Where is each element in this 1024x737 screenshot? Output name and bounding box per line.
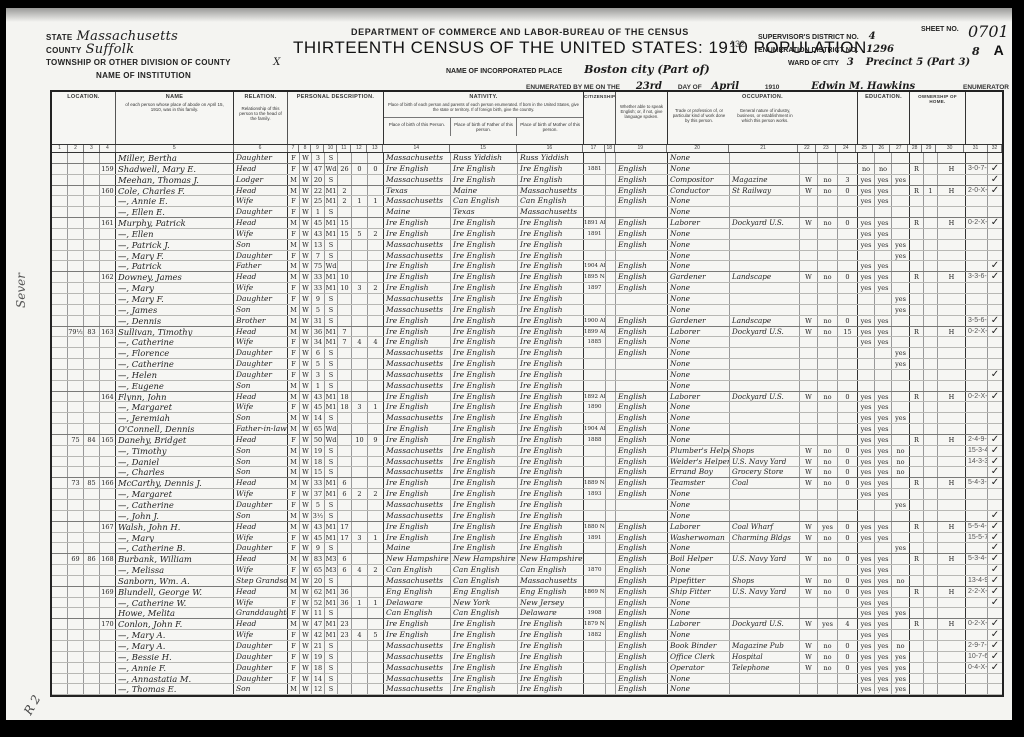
cell-out-of-work [818, 359, 838, 369]
table-row: —, Annie E. Wife F W 25 M1 2 1 1 Massach… [52, 196, 1002, 207]
cell-age: 31 [312, 316, 325, 326]
check-mark-icon [988, 402, 1002, 412]
cell-weeks-idle [838, 402, 858, 412]
cell-birth-father: Ire English [451, 652, 518, 662]
cell-dwelling [84, 218, 100, 228]
column-number: 31 [964, 145, 988, 152]
cell-weeks-idle [838, 435, 858, 445]
cell-marital: S [325, 500, 338, 510]
census-table: LOCATION. NAMEof each person whose place… [50, 90, 1004, 697]
cell-years-married [338, 608, 352, 618]
cell-relation: Head [234, 272, 288, 282]
cell-birth-mother: Ire English [518, 175, 584, 185]
cell-naturalization [606, 435, 616, 445]
cell-read: yes [858, 435, 875, 445]
cell-school [892, 218, 910, 228]
cell-family: 159 [100, 164, 116, 174]
cell-write: yes [875, 424, 892, 434]
cell-birth-mother: Ire English [518, 337, 584, 347]
cell-weeks-idle: 0 [838, 186, 858, 196]
table-row: 69 86 168 Burbank, William Head M W 83 M… [52, 554, 1002, 565]
cell-trade: None [668, 381, 730, 391]
cell-employer: W [800, 467, 818, 477]
cell-birth-mother: Ire English [518, 316, 584, 326]
cell-marital: S [325, 359, 338, 369]
cell-birth-mother: Can English [518, 565, 584, 575]
cell-naturalization [606, 467, 616, 477]
cell-children-born [352, 272, 368, 282]
cell-street [52, 381, 68, 391]
cell-children-born: 4 [352, 565, 368, 575]
cell-read [858, 359, 875, 369]
cell-years-married [338, 446, 352, 456]
cell-dwelling [84, 652, 100, 662]
cell-language: English [616, 435, 668, 445]
cell-write: yes [875, 684, 892, 694]
cell-birth-person: Massachusetts [384, 370, 451, 380]
cell-age: 33 [312, 478, 325, 488]
cell-name: Sanborn, Wm. A. [116, 576, 234, 586]
cell-name: —, Thomas E. [116, 684, 234, 694]
header-citizenship: CITIZENSHIP. [584, 92, 616, 144]
column-number: 22 [798, 145, 816, 152]
cell-weeks-idle [838, 240, 858, 250]
cell-industry [730, 500, 800, 510]
cell-language: English [616, 608, 668, 618]
cell-immigration [584, 370, 606, 380]
cell-school [892, 196, 910, 206]
cell-free [924, 565, 938, 575]
cell-age: 6 [312, 348, 325, 358]
cell-marital: S [325, 543, 338, 553]
cell-marital: S [325, 608, 338, 618]
cell-write [875, 207, 892, 217]
cell-name: —, Mary [116, 283, 234, 293]
cell-edu-code [966, 565, 988, 575]
cell-marital: M1 [325, 533, 338, 543]
cell-birth-person: Ire English [384, 522, 451, 532]
cell-write [875, 511, 892, 521]
cell-farm-house [938, 565, 966, 575]
cell-edu-code [966, 207, 988, 217]
cell-house [68, 424, 84, 434]
cell-birth-mother: Ire English [518, 370, 584, 380]
cell-children-born: 1 [352, 598, 368, 608]
cell-birth-mother: New Hampshire [518, 554, 584, 564]
cell-birth-person: Ire English [384, 261, 451, 271]
cell-trade: None [668, 565, 730, 575]
cell-birth-father: Ire English [451, 533, 518, 543]
cell-free [924, 446, 938, 456]
cell-house [68, 402, 84, 412]
check-mark-icon: ✓ [988, 261, 1002, 271]
county-label: COUNTY [46, 46, 82, 55]
cell-language [616, 381, 668, 391]
cell-write: yes [875, 641, 892, 651]
cell-language [616, 370, 668, 380]
table-row: 79½ 83 163 Sullivan, Timothy Head M W 36… [52, 327, 1002, 338]
cell-immigration: 1893 [584, 489, 606, 499]
column-number: 27 [890, 145, 908, 152]
cell-farm-house [938, 294, 966, 304]
check-mark-icon [988, 348, 1002, 358]
cell-children-living: 5 [368, 630, 384, 640]
cell-family: 170 [100, 619, 116, 629]
cell-free [924, 424, 938, 434]
cell-name: —, Catherine [116, 359, 234, 369]
cell-relation: Wife [234, 402, 288, 412]
cell-read [858, 543, 875, 553]
cell-naturalization [606, 446, 616, 456]
cell-birth-father: Maine [451, 186, 518, 196]
cell-edu-code: 13-4-9-F [966, 576, 988, 586]
cell-immigration [584, 674, 606, 684]
cell-school [892, 554, 910, 564]
cell-weeks-idle: 0 [838, 446, 858, 456]
cell-family [100, 630, 116, 640]
cell-dwelling [84, 533, 100, 543]
cell-birth-person: Ire English [384, 316, 451, 326]
cell-owned [910, 196, 924, 206]
cell-naturalization [606, 175, 616, 185]
cell-edu-code [966, 630, 988, 640]
cell-employer [800, 164, 818, 174]
cell-weeks-idle: 0 [838, 522, 858, 532]
cell-industry: U.S. Navy Yard [730, 554, 800, 564]
table-row: —, Thomas E. Son M W 12 S Massachusetts … [52, 684, 1002, 695]
cell-name: Sullivan, Timothy [116, 327, 234, 337]
cell-naturalization [606, 533, 616, 543]
cell-naturalization [606, 294, 616, 304]
cell-free [924, 674, 938, 684]
cell-sex: F [288, 337, 300, 347]
cell-industry [730, 153, 800, 163]
cell-language: English [616, 598, 668, 608]
cell-birth-father: Texas [451, 207, 518, 217]
cell-trade: Laborer [668, 522, 730, 532]
cell-birth-mother: Ire English [518, 543, 584, 553]
scan-edge [1012, 0, 1024, 737]
cell-marital: S [325, 240, 338, 250]
cell-marital: S [325, 294, 338, 304]
cell-years-married [338, 576, 352, 586]
cell-race: W [300, 272, 312, 282]
table-row: —, Timothy Son M W 19 S Massachusetts Ir… [52, 446, 1002, 457]
cell-immigration [584, 641, 606, 651]
cell-edu-code [966, 359, 988, 369]
cell-years-married [338, 413, 352, 423]
cell-edu-code [966, 674, 988, 684]
cell-farm-house [938, 175, 966, 185]
cell-house [68, 511, 84, 521]
cell-language: English [616, 327, 668, 337]
cell-immigration [584, 359, 606, 369]
supervisor-district-label: SUPERVISOR'S DISTRICT NO. [758, 34, 859, 41]
cell-name: —, Catherine [116, 337, 234, 347]
cell-birth-mother: Ire English [518, 630, 584, 640]
cell-write [875, 348, 892, 358]
cell-school: no [892, 446, 910, 456]
cell-immigration [584, 663, 606, 673]
cell-marital: S [325, 652, 338, 662]
cell-house [68, 467, 84, 477]
township-label: TOWNSHIP OR OTHER DIVISION OF COUNTY [46, 58, 231, 67]
cell-industry [730, 251, 800, 261]
header-language: Whether able to speak English; or, if no… [616, 92, 668, 144]
cell-name: —, Ellen [116, 229, 234, 239]
cell-owned [910, 305, 924, 315]
cell-marital: M1 [325, 619, 338, 629]
cell-race: W [300, 229, 312, 239]
cell-naturalization [606, 316, 616, 326]
cell-relation: Father [234, 261, 288, 271]
cell-years-married: 6 [338, 478, 352, 488]
cell-birth-mother: Ire English [518, 218, 584, 228]
cell-owned [910, 598, 924, 608]
cell-edu-code: 15-5-7-X [966, 533, 988, 543]
cell-race: W [300, 608, 312, 618]
cell-children-born [352, 543, 368, 553]
cell-free [924, 392, 938, 402]
cell-naturalization [606, 392, 616, 402]
cell-dwelling [84, 207, 100, 217]
cell-employer [800, 305, 818, 315]
cell-street [52, 554, 68, 564]
cell-naturalization [606, 359, 616, 369]
cell-farm-house: H [938, 186, 966, 196]
cell-farm-house [938, 413, 966, 423]
cell-school: no [892, 467, 910, 477]
cell-family [100, 283, 116, 293]
cell-read: yes [858, 630, 875, 640]
cell-language: English [616, 684, 668, 694]
cell-relation: Daughter [234, 641, 288, 651]
cell-age: 33 [312, 272, 325, 282]
table-row: —, Bessie H. Daughter F W 19 S Massachus… [52, 652, 1002, 663]
cell-edu-code [966, 251, 988, 261]
cell-dwelling [84, 381, 100, 391]
cell-immigration [584, 446, 606, 456]
cell-read: yes [858, 261, 875, 271]
cell-marital: M1 [325, 327, 338, 337]
cell-farm-house [938, 576, 966, 586]
cell-children-born [352, 674, 368, 684]
cell-weeks-idle: 0 [838, 392, 858, 402]
table-row: 162 Downey, James Head M W 33 M1 10 Ire … [52, 272, 1002, 283]
cell-farm-house [938, 446, 966, 456]
cell-family [100, 337, 116, 347]
cell-relation: Head [234, 186, 288, 196]
cell-family: 166 [100, 478, 116, 488]
cell-marital: S [325, 153, 338, 163]
cell-read: yes [858, 186, 875, 196]
cell-out-of-work: no [818, 457, 838, 467]
cell-name: Burbank, William [116, 554, 234, 564]
cell-relation: Daughter [234, 663, 288, 673]
table-row: —, Ellen Wife F W 43 M1 15 5 2 Ire Engli… [52, 229, 1002, 240]
cell-children-living [368, 207, 384, 217]
cell-relation: Brother [234, 316, 288, 326]
column-number: 13 [367, 145, 383, 152]
cell-immigration [584, 305, 606, 315]
cell-years-married: 23 [338, 630, 352, 640]
cell-weeks-idle [838, 153, 858, 163]
cell-marital: Wd [325, 424, 338, 434]
cell-children-born [352, 576, 368, 586]
cell-out-of-work: no [818, 587, 838, 597]
check-mark-icon: ✓ [988, 511, 1002, 521]
cell-birth-person: Massachusetts [384, 652, 451, 662]
cell-immigration: 1891 [584, 533, 606, 543]
cell-farm-house [938, 305, 966, 315]
cell-edu-code: 2-9-7-1 [966, 641, 988, 651]
township-value: X [273, 57, 280, 68]
cell-edu-code [966, 348, 988, 358]
cell-owned: R [910, 218, 924, 228]
cell-house [68, 652, 84, 662]
cell-weeks-idle: 0 [838, 663, 858, 673]
cell-street [52, 522, 68, 532]
cell-immigration [584, 294, 606, 304]
cell-farm-house [938, 424, 966, 434]
cell-naturalization [606, 511, 616, 521]
cell-birth-mother: Ire English [518, 478, 584, 488]
cell-out-of-work: no [818, 641, 838, 651]
cell-name: —, Charles [116, 467, 234, 477]
check-mark-icon [988, 413, 1002, 423]
cell-children-born [352, 348, 368, 358]
cell-employer [800, 402, 818, 412]
cell-age: 11 [312, 608, 325, 618]
cell-farm-house [938, 674, 966, 684]
cell-race: W [300, 294, 312, 304]
cell-weeks-idle [838, 413, 858, 423]
cell-write: yes [875, 522, 892, 532]
cell-write: yes [875, 554, 892, 564]
cell-marital: M1 [325, 272, 338, 282]
cell-trade: Laborer [668, 392, 730, 402]
cell-free [924, 294, 938, 304]
cell-sex: M [288, 587, 300, 597]
cell-children-living [368, 316, 384, 326]
cell-relation: Wife [234, 283, 288, 293]
cell-write: yes [875, 316, 892, 326]
cell-marital: S [325, 413, 338, 423]
column-number: 4 [100, 145, 116, 152]
cell-read: yes [858, 663, 875, 673]
department-heading: DEPARTMENT OF COMMERCE AND LABOR-BUREAU … [351, 27, 689, 37]
cell-industry [730, 359, 800, 369]
cell-relation: Wife [234, 489, 288, 499]
cell-immigration [584, 381, 606, 391]
cell-house [68, 413, 84, 423]
cell-naturalization [606, 218, 616, 228]
cell-name: —, James [116, 305, 234, 315]
cell-weeks-idle [838, 674, 858, 684]
cell-owned [910, 294, 924, 304]
cell-employer: W [800, 175, 818, 185]
cell-race: W [300, 424, 312, 434]
cell-house [68, 164, 84, 174]
cell-birth-father: New Hampshire [451, 554, 518, 564]
cell-farm-house: H [938, 478, 966, 488]
cell-immigration [584, 554, 606, 564]
cell-children-living [368, 522, 384, 532]
cell-children-born: 10 [352, 435, 368, 445]
cell-relation: Wife [234, 630, 288, 640]
cell-trade: Errand Boy [668, 467, 730, 477]
cell-marital: S [325, 381, 338, 391]
cell-house [68, 457, 84, 467]
cell-sex: F [288, 543, 300, 553]
cell-name: —, Catherine W. [116, 598, 234, 608]
cell-out-of-work: no [818, 175, 838, 185]
cell-write: yes [875, 619, 892, 629]
cell-birth-person: Maine [384, 207, 451, 217]
cell-relation: Son [234, 381, 288, 391]
cell-school [892, 370, 910, 380]
cell-street [52, 175, 68, 185]
cell-children-born [352, 305, 368, 315]
cell-years-married [338, 467, 352, 477]
cell-owned [910, 641, 924, 651]
cell-trade: Book Binder [668, 641, 730, 651]
cell-employer: W [800, 457, 818, 467]
cell-edu-code: 2-2-X-X [966, 587, 988, 597]
cell-race: W [300, 337, 312, 347]
cell-edu-code [966, 489, 988, 499]
cell-immigration: 1882 [584, 630, 606, 640]
cell-relation: Head [234, 327, 288, 337]
cell-birth-person: Ire English [384, 327, 451, 337]
cell-edu-code [966, 337, 988, 347]
cell-trade: None [668, 598, 730, 608]
cell-immigration: 1880 Na [584, 522, 606, 532]
cell-dwelling [84, 153, 100, 163]
cell-write [875, 305, 892, 315]
cell-write: no [875, 164, 892, 174]
cell-free [924, 457, 938, 467]
cell-owned [910, 251, 924, 261]
cell-birth-father: Ire English [451, 446, 518, 456]
cell-street [52, 663, 68, 673]
cell-farm-house: H [938, 272, 966, 282]
cell-naturalization [606, 684, 616, 694]
cell-name: —, Daniel [116, 457, 234, 467]
cell-house [68, 587, 84, 597]
cell-relation: Head [234, 619, 288, 629]
cell-free [924, 619, 938, 629]
cell-farm-house [938, 533, 966, 543]
cell-owned: R [910, 554, 924, 564]
cell-owned [910, 565, 924, 575]
cell-relation: Son [234, 684, 288, 694]
cell-free [924, 153, 938, 163]
cell-years-married [338, 684, 352, 694]
cell-dwelling [84, 522, 100, 532]
cell-weeks-idle: 0 [838, 554, 858, 564]
precinct-value: Precinct 5 (Part 3) [866, 57, 970, 68]
cell-name: Walsh, John H. [116, 522, 234, 532]
cell-read [858, 153, 875, 163]
cell-years-married: 10 [338, 283, 352, 293]
cell-trade: None [668, 283, 730, 293]
cell-read [858, 370, 875, 380]
cell-free [924, 576, 938, 586]
cell-trade: Laborer [668, 327, 730, 337]
cell-write: yes [875, 630, 892, 640]
cell-birth-father: Ire English [451, 240, 518, 250]
